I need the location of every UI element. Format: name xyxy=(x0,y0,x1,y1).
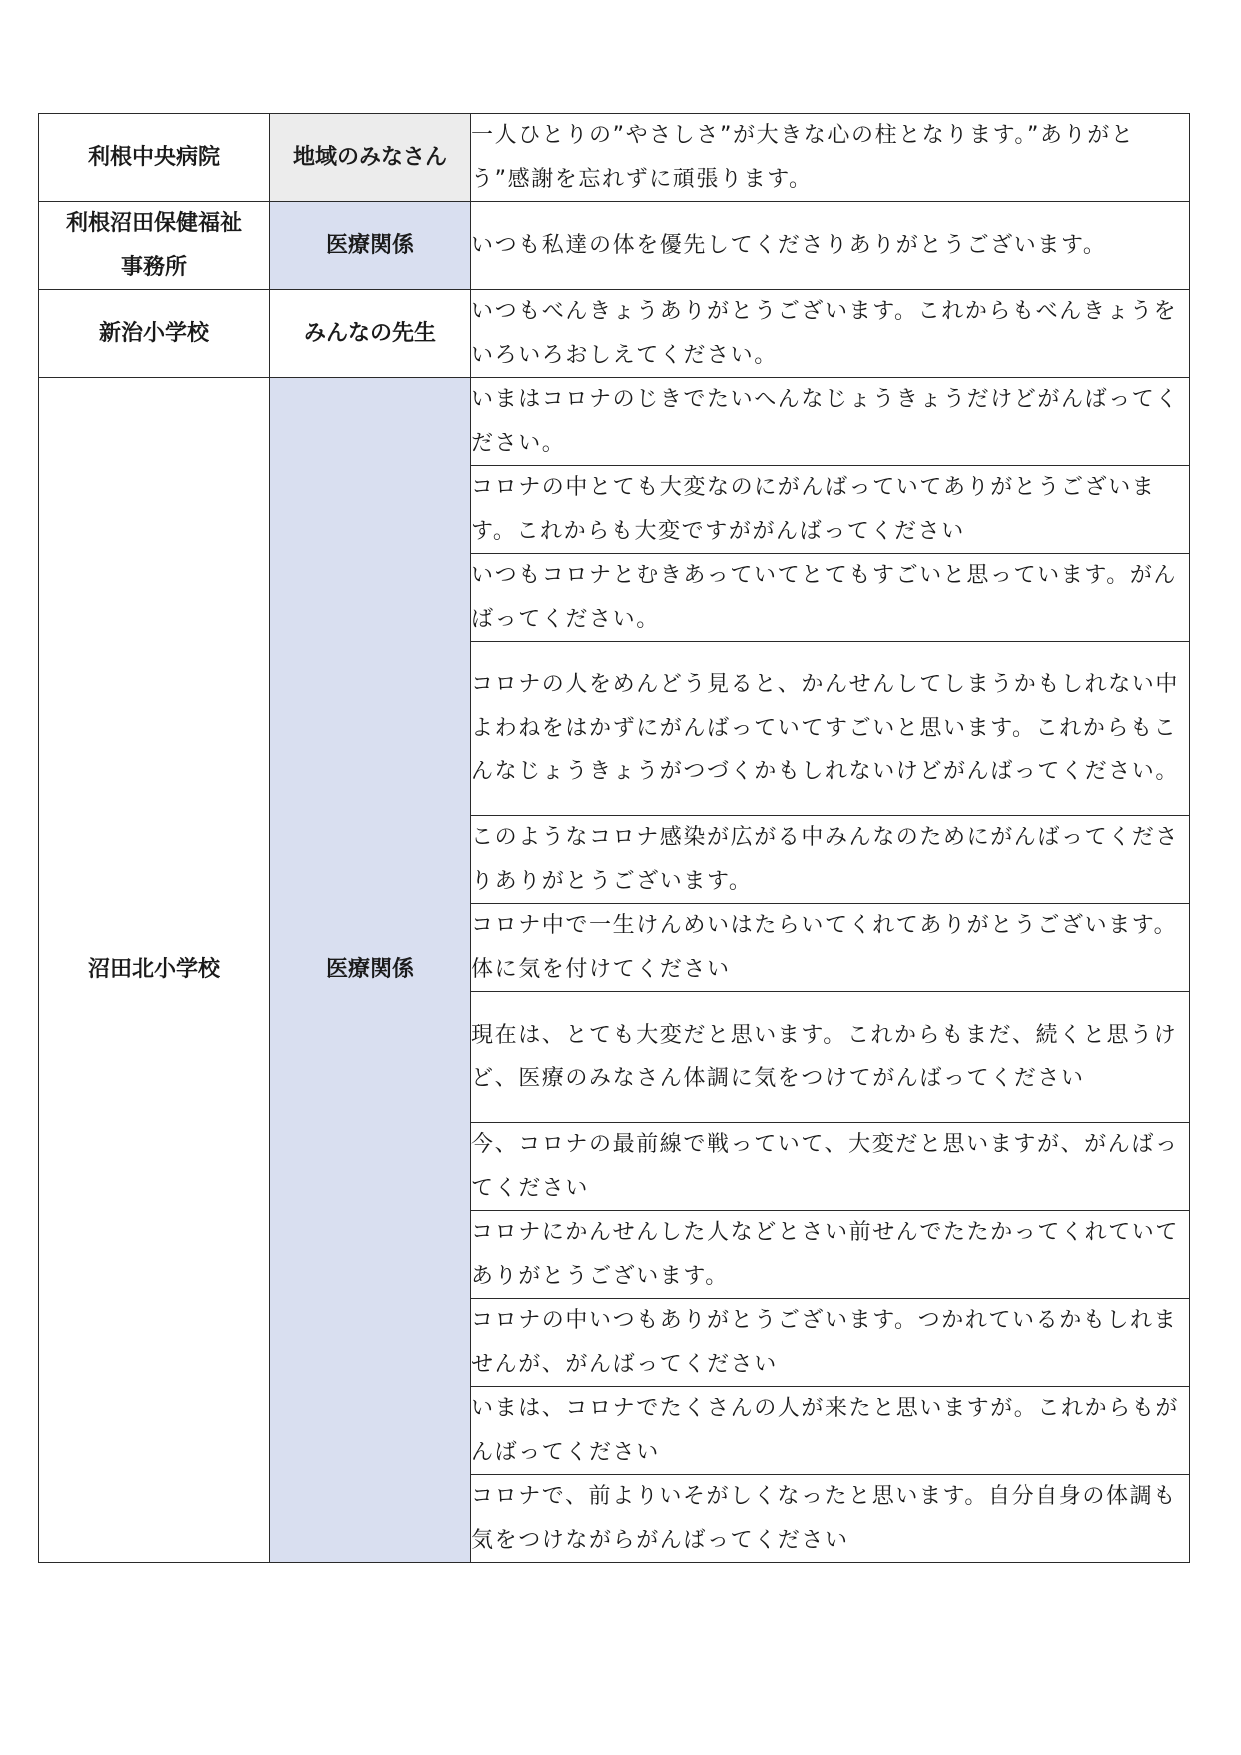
message-cell: いつもべんきょうありがとうございます。これからもべんきょうをいろいろおしえてくだ… xyxy=(471,290,1190,378)
recipient-cell: 医療関係 xyxy=(270,378,471,1563)
message-cell: コロナで、前よりいそがしくなったと思います。自分自身の体調も気をつけながらがんば… xyxy=(471,1475,1190,1563)
organization-cell: 沼田北小学校 xyxy=(39,378,270,1563)
recipient-cell: 地域のみなさん xyxy=(270,114,471,202)
message-cell: 現在は、とても大変だと思います。これからもまだ、続くと思うけど、医療のみなさん体… xyxy=(471,992,1190,1123)
organization-cell: 新治小学校 xyxy=(39,290,270,378)
messages-table: 利根中央病院 地域のみなさん 一人ひとりの”やさしさ”が大きな心の柱となります。… xyxy=(38,113,1190,1563)
recipient-cell: みんなの先生 xyxy=(270,290,471,378)
message-cell: いまは、コロナでたくさんの人が来たと思いますが。これからもがんばってください xyxy=(471,1387,1190,1475)
message-cell: いまはコロナのじきでたいへんなじょうきょうだけどがんばってください。 xyxy=(471,378,1190,466)
message-cell: コロナの人をめんどう見ると、かんせんしてしまうかもしれない中よわねをはかずにがん… xyxy=(471,642,1190,816)
table-row: 新治小学校 みんなの先生 いつもべんきょうありがとうございます。これからもべんき… xyxy=(39,290,1190,378)
message-cell: いつもコロナとむきあっていてとてもすごいと思っています。がんばってください。 xyxy=(471,554,1190,642)
organization-cell: 利根中央病院 xyxy=(39,114,270,202)
organization-cell: 利根沼田保健福祉事務所 xyxy=(39,202,270,290)
organization-line: 事務所 xyxy=(121,255,187,280)
recipient-cell: 医療関係 xyxy=(270,202,471,290)
table-row: 利根沼田保健福祉事務所 医療関係 いつも私達の体を優先してくださりありがとうござ… xyxy=(39,202,1190,290)
message-cell: コロナの中とても大変なのにがんばっていてありがとうございます。これからも大変です… xyxy=(471,466,1190,554)
table-row: 利根中央病院 地域のみなさん 一人ひとりの”やさしさ”が大きな心の柱となります。… xyxy=(39,114,1190,202)
table-row: 沼田北小学校 医療関係 いまはコロナのじきでたいへんなじょうきょうだけどがんばっ… xyxy=(39,378,1190,466)
message-cell: コロナにかんせんした人などとさい前せんでたたかってくれていてありがとうございます… xyxy=(471,1211,1190,1299)
message-cell: 一人ひとりの”やさしさ”が大きな心の柱となります。”ありがとう”感謝を忘れずに頑… xyxy=(471,114,1190,202)
organization-line: 利根沼田保健福祉 xyxy=(66,211,242,236)
message-cell: コロナ中で一生けんめいはたらいてくれてありがとうございます。体に気を付けてくださ… xyxy=(471,904,1190,992)
message-cell: いつも私達の体を優先してくださりありがとうございます。 xyxy=(471,202,1190,290)
message-cell: 今、コロナの最前線で戦っていて、大変だと思いますが、がんばってください xyxy=(471,1123,1190,1211)
message-cell: このようなコロナ感染が広がる中みんなのためにがんばってくださりありがとうございま… xyxy=(471,816,1190,904)
message-cell: コロナの中いつもありがとうございます。つかれているかもしれませんが、がんばってく… xyxy=(471,1299,1190,1387)
